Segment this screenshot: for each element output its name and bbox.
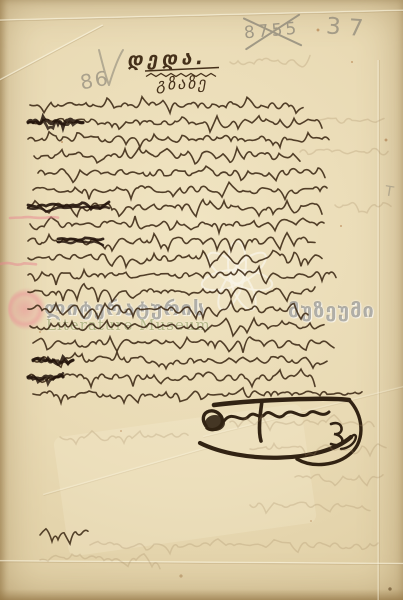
margin-pencil-mark: T (384, 183, 395, 200)
watermark-english-text: Literature Museum (46, 316, 211, 334)
scanned-manuscript-page: 8755 37 86 T დედა. გზაზე ლიტერატურის მუზ… (0, 0, 403, 600)
manuscript-subtitle: გზაზე (156, 73, 208, 94)
archival-registry-number: 37 (325, 13, 372, 42)
archival-crossed-number: 8755 (243, 19, 300, 44)
manuscript-title: დედა. (127, 47, 207, 71)
paper-bottom-edge (0, 589, 403, 600)
watermark-georgian-word2: მუზეუმი (288, 298, 375, 322)
archival-pencil-number: 86 (78, 66, 111, 95)
paper-left-edge (0, 0, 9, 600)
pink-stamp-trace (8, 288, 46, 330)
